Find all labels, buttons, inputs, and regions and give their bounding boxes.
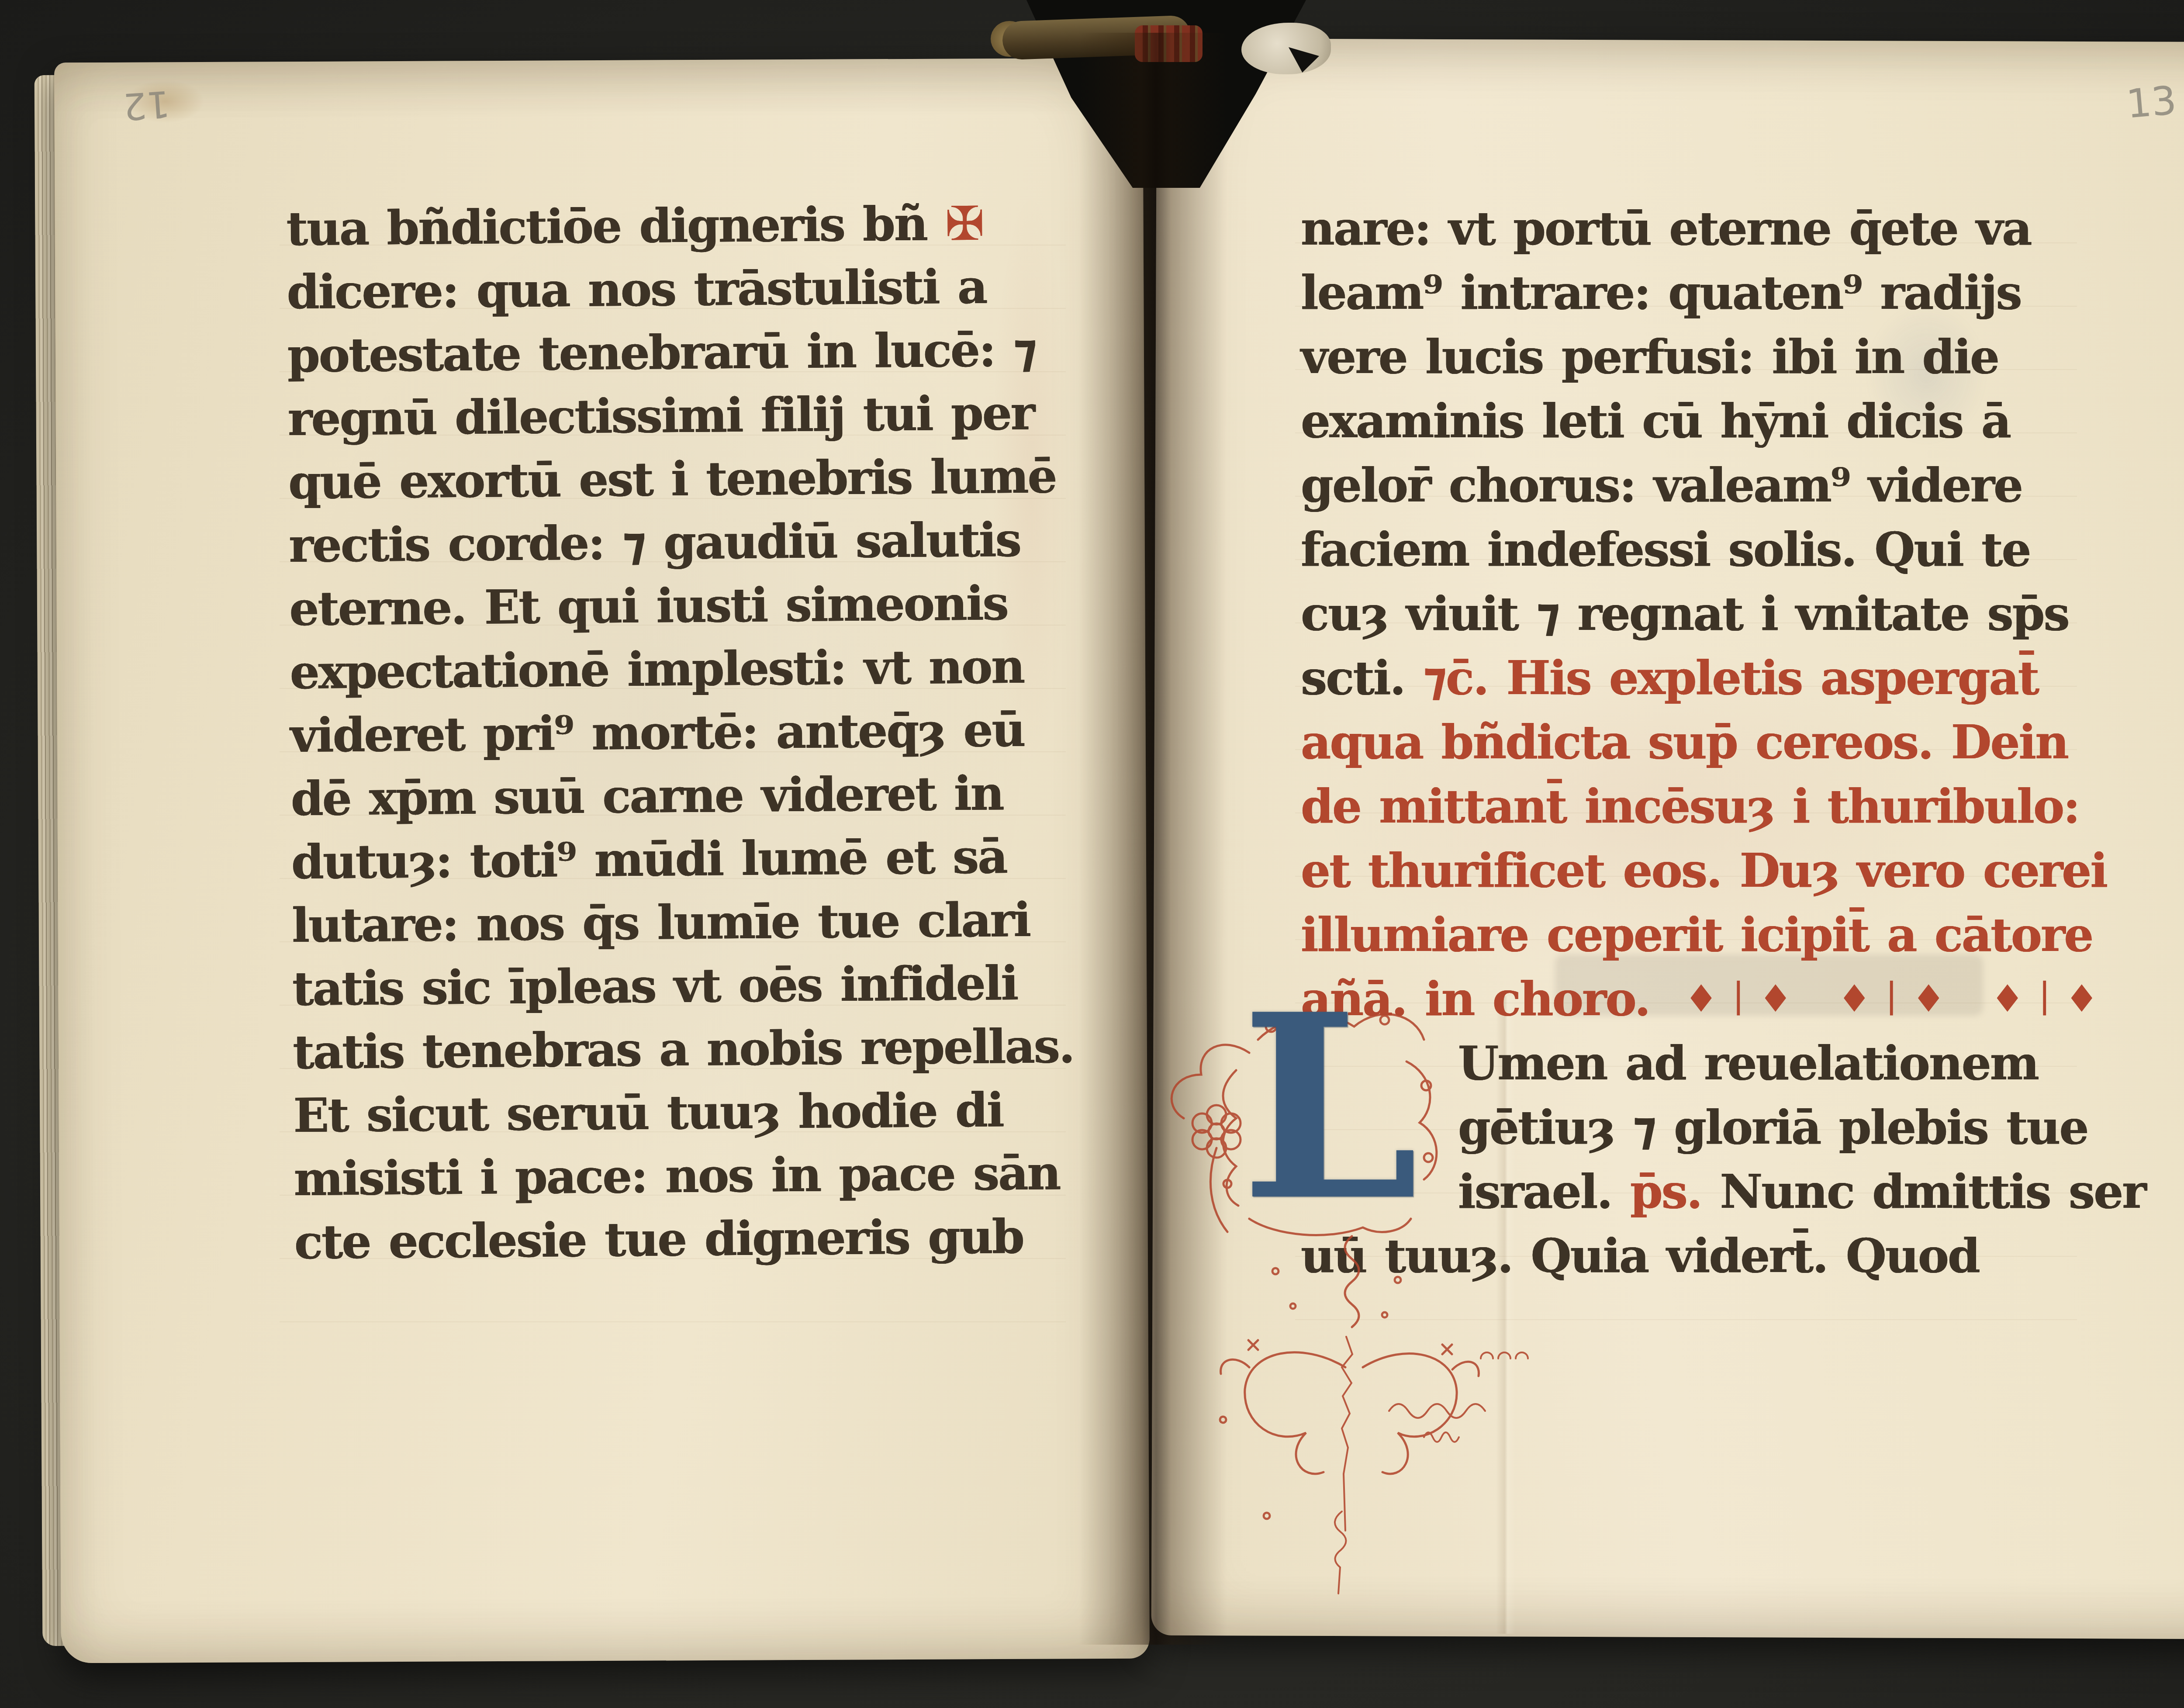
manuscript-line: Et sicut seruū tuuȝ hodie di — [293, 1078, 1075, 1148]
manuscript-line: tua bñdictiōe digneris bñ ✠ — [286, 191, 1068, 261]
text-segment: illumiare ceperit icipit̄ a cātore — [1301, 908, 2092, 962]
illuminated-initial-L: L — [1241, 1013, 1406, 1219]
spine-endband — [1135, 25, 1203, 62]
manuscript-line: eterne. Et qui iusti simeonis — [289, 571, 1071, 641]
manuscript-line: regnū dilectissimi filij tui per — [287, 381, 1069, 451]
manuscript-line: quē exortū est i tenebris lumē — [288, 445, 1070, 514]
manuscript-line: nare: vt portū eterne q̄ete va — [1301, 197, 2146, 261]
manuscript-line: tatis sic īpleas vt oēs infideli — [292, 951, 1074, 1021]
text-segment: cte ecclesie tue digneris gub — [294, 1210, 1023, 1270]
line-filler-ornament: ♦∣♦ ♦∣♦ ♦∣♦ — [1684, 977, 2113, 1021]
manuscript-line: rectis corde: ⁊ gaudiū salutis — [289, 508, 1070, 577]
text-segment: eterne. Et qui iusti simeonis — [289, 576, 1008, 636]
text-segment: Et sicut seruū tuuȝ hodie di — [293, 1083, 1003, 1143]
manuscript-line: scti. ⁊c̄. His expletis aspergat̄ — [1301, 646, 2146, 710]
manuscript-line: et thurificet eos. Duȝ vero cerei — [1301, 839, 2146, 903]
text-segment: rectis corde: ⁊ gaudiū salutis — [289, 513, 1021, 573]
manuscript-line: gelor̄ chorus: valeam⁹ videre — [1301, 453, 2146, 518]
manuscript-line: dicere: qua nos trāstulisti a — [287, 255, 1068, 324]
manuscript-line: illumiare ceperit icipit̄ a cātore — [1301, 903, 2146, 967]
manuscript-line: tatis tenebras a nobis repellas. — [293, 1015, 1074, 1084]
manuscript-line: dutuȝ: toti⁹ mūdi lumē et sā — [291, 825, 1072, 894]
manuscript-line: leam⁹ intrare: quaten⁹ radijs — [1301, 261, 2146, 325]
manuscript-line: cuȝ viuit ⁊ regnat i vnitate sp̄s — [1301, 582, 2146, 646]
folio-number-pencil-left: 12 — [122, 82, 171, 128]
manuscript-line: videret pri⁹ mortē: anteq̄ȝ eū — [290, 698, 1071, 768]
text-segment: misisti i pace: nos in pace sān — [294, 1146, 1060, 1207]
manuscript-line: de mittant̄ incēsuȝ i thuribulo: — [1301, 774, 2146, 839]
text-segment: gelor̄ chorus: valeam⁹ videre — [1301, 458, 2022, 513]
manuscript-line: examinis leti cū hȳni dicis ā — [1301, 389, 2146, 453]
text-segment: potestate tenebrarū in lucē: ⁊ — [287, 323, 1036, 383]
manuscript-line: misisti i pace: nos in pace sān — [294, 1141, 1075, 1211]
text-segment: examinis leti cū hȳni dicis ā — [1301, 394, 2010, 449]
text-segment: faciem indefessi solis. Qui te — [1301, 522, 2030, 577]
text-segment: tatis tenebras a nobis repellas. — [293, 1019, 1074, 1080]
text-segment: regnū dilectissimi filij tui per — [287, 386, 1034, 446]
text-segment: dē xp̄m suū carne videret in — [290, 766, 1003, 826]
text-segment: quē exortū est i tenebris lumē — [288, 449, 1056, 510]
text-segment: scti. — [1301, 651, 1423, 705]
manuscript-line: dē xp̄m suū carne videret in — [290, 761, 1072, 831]
manuscript-line: aqua bñdicta sup̄ cereos. Dein — [1301, 710, 2146, 774]
text-segment: tatis sic īpleas vt oēs infideli — [292, 956, 1018, 1017]
text-segment: leam⁹ intrare: quaten⁹ radijs — [1301, 266, 2021, 320]
manuscript-line: lutare: nos q̄s lumīe tue clari — [292, 888, 1073, 958]
text-segment: et thurificet eos. Duȝ vero cerei — [1301, 844, 2107, 898]
text-segment: de mittant̄ incēsuȝ i thuribulo: — [1301, 779, 2079, 834]
manuscript-line: potestate tenebrarū in lucē: ⁊ — [287, 318, 1068, 387]
spine-thread-tuft — [1241, 23, 1331, 74]
text-segment: ⁊c̄. His expletis aspergat̄ — [1423, 651, 2038, 705]
text-segment: videret pri⁹ mortē: anteq̄ȝ eū — [290, 703, 1025, 763]
text-segment: vere lucis perfusi: ibi in die — [1301, 330, 1998, 384]
text-segment: p̄s. — [1630, 1165, 1720, 1219]
text-segment: lutare: nos q̄s lumīe tue clari — [292, 893, 1030, 953]
left-text-block: tua bñdictiōe digneris bñ ✠dicere: qua n… — [286, 191, 1075, 1274]
text-segment: dutuȝ: toti⁹ mūdi lumē et sā — [291, 830, 1007, 890]
text-segment: tua bñdictiōe digneris bñ — [286, 197, 945, 256]
text-segment: Nunc dmittis ser — [1720, 1165, 2145, 1219]
text-segment: expectationē implesti: vt non — [290, 640, 1024, 700]
manuscript-line: cte ecclesie tue digneris gub — [294, 1205, 1075, 1274]
maltese-cross-icon: ✠ — [945, 196, 983, 251]
photograph-open-manuscript: 12 13 tua bñdictiōe digneris bñ ✠dicere:… — [0, 0, 2184, 1708]
manuscript-line: faciem indefessi solis. Qui te — [1301, 518, 2146, 582]
folio-number-pencil-right: 13 — [2125, 77, 2178, 128]
text-segment: dicere: qua nos trāstulisti a — [287, 259, 986, 320]
text-segment: aqua bñdicta sup̄ cereos. Dein — [1301, 715, 2068, 770]
text-segment: nare: vt portū eterne q̄ete va — [1301, 201, 2031, 256]
text-segment: cuȝ viuit ⁊ regnat i vnitate sp̄s — [1301, 587, 2069, 641]
manuscript-line: expectationē implesti: vt non — [290, 635, 1071, 704]
manuscript-line: vere lucis perfusi: ibi in die — [1301, 325, 2146, 389]
